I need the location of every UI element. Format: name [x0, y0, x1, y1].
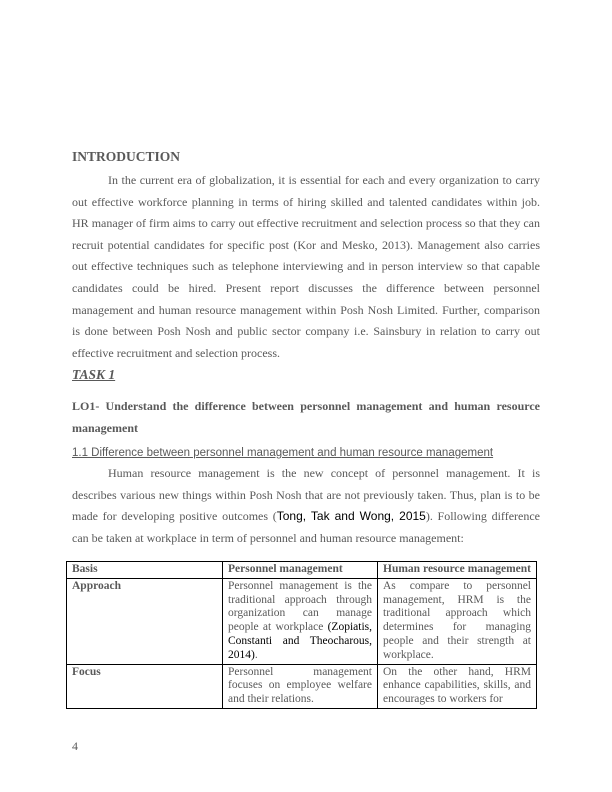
table-row: Approach Personnel management is the tra… — [67, 578, 537, 664]
document-page: INTRODUCTION In the current era of globa… — [0, 0, 612, 792]
cell-basis: Focus — [67, 664, 223, 708]
table-row: Focus Personnel management focuses on em… — [67, 664, 537, 708]
table-header-row: Basis Personnel management Human resourc… — [67, 562, 537, 579]
introduction-text: In the current era of globalization, it … — [72, 173, 540, 360]
citation: Tong, Tak and Wong, 2015 — [277, 509, 426, 523]
cell-hrm: As compare to personnel management, HRM … — [378, 578, 537, 664]
header-hrm: Human resource management — [378, 562, 537, 579]
introduction-paragraph: In the current era of globalization, it … — [72, 170, 540, 364]
cell-personnel: Personnel management focuses on employee… — [223, 664, 378, 708]
header-basis: Basis — [67, 562, 223, 579]
comparison-table: Basis Personnel management Human resourc… — [66, 561, 537, 709]
cell-text-end: . — [255, 649, 258, 661]
introduction-heading: INTRODUCTION — [72, 149, 180, 165]
task-heading: TASK 1 — [72, 367, 115, 383]
task-paragraph: Human resource management is the new con… — [72, 463, 540, 549]
section-subheading: 1.1 Difference between personnel managem… — [72, 447, 493, 459]
cell-basis: Approach — [67, 578, 223, 664]
header-personnel: Personnel management — [223, 562, 378, 579]
cell-personnel: Personnel management is the traditional … — [223, 578, 378, 664]
page-number: 4 — [72, 739, 78, 754]
cell-hrm: On the other hand, HRM enhance capabilit… — [378, 664, 537, 708]
learning-outcome-heading: LO1- Understand the difference between p… — [72, 396, 540, 439]
